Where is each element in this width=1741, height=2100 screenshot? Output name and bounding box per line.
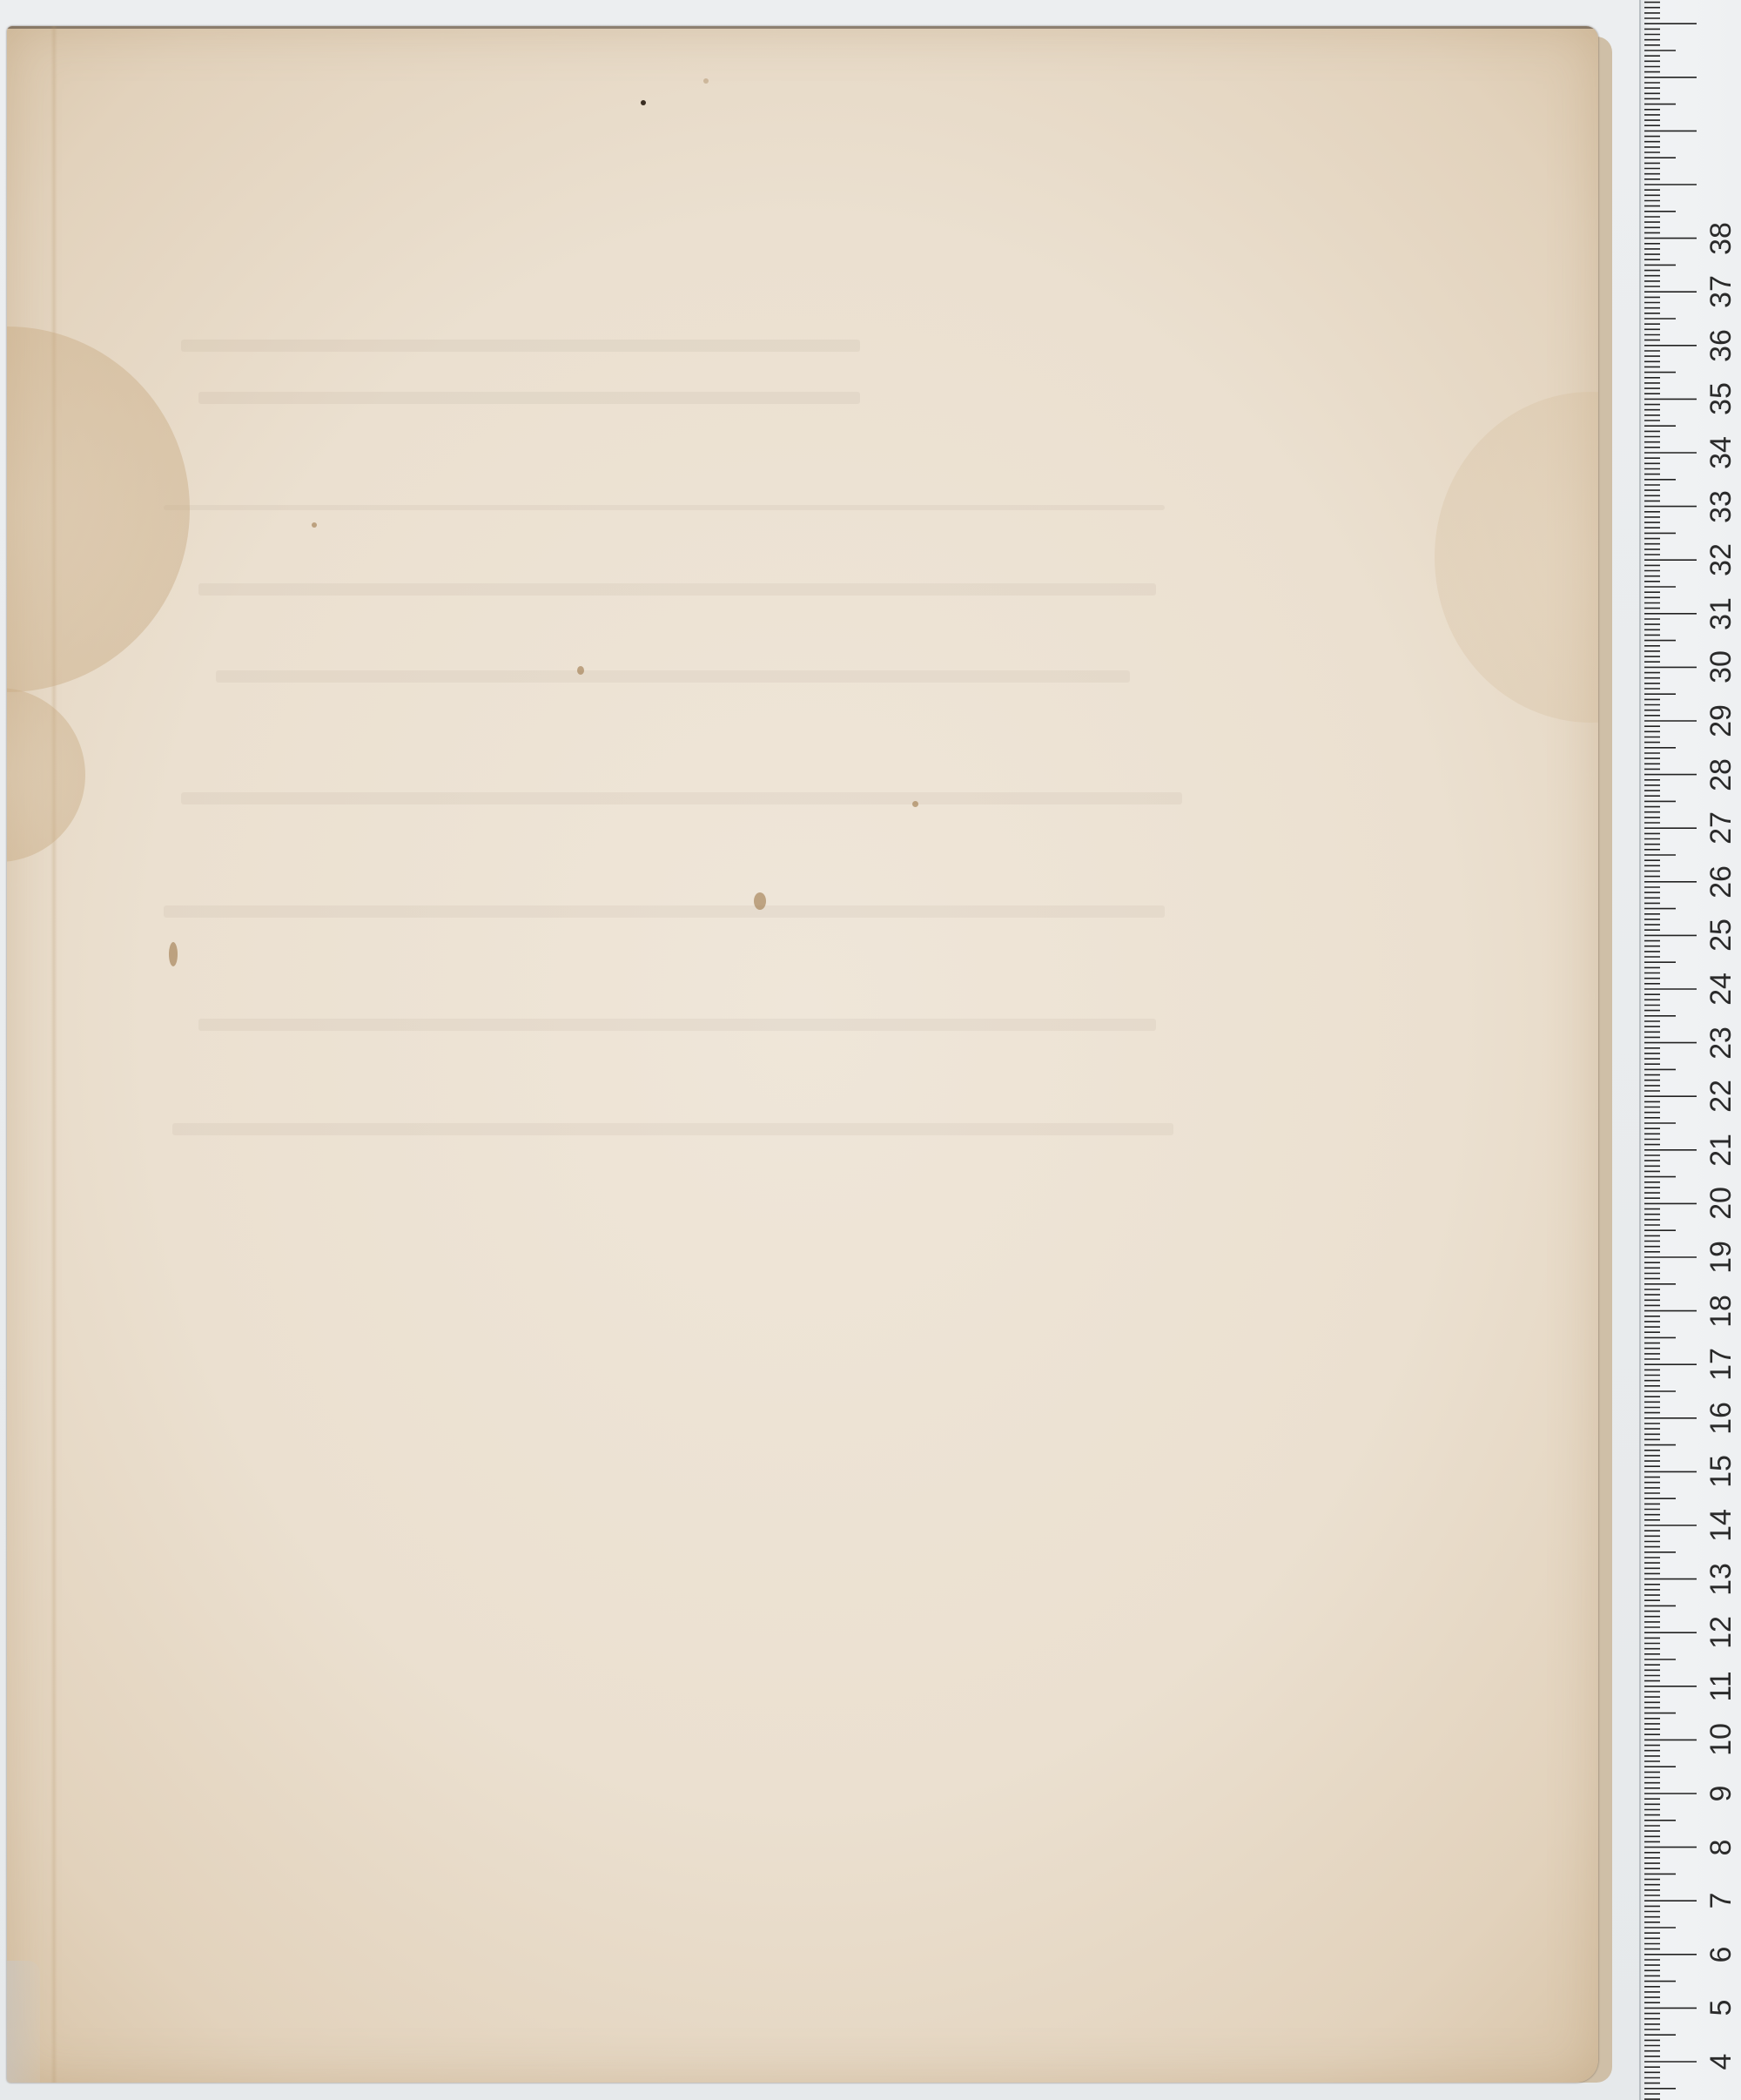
binding-remnant xyxy=(7,1961,40,2083)
ruler-ticks xyxy=(1644,0,1697,2100)
foxing-spot xyxy=(703,78,709,84)
ruler-label: 21 xyxy=(1704,1124,1738,1176)
ruler-label: 23 xyxy=(1704,1017,1738,1069)
ruler-label: 10 xyxy=(1704,1713,1738,1766)
ruler-label: 12 xyxy=(1704,1606,1738,1659)
water-stain-small xyxy=(7,688,85,862)
ruler-label: 8 xyxy=(1704,1821,1738,1874)
ruler-label: 11 xyxy=(1704,1660,1738,1713)
foxing-spot xyxy=(312,522,317,528)
measuring-ruler: 4567891011121314151617181920212223242526… xyxy=(1639,0,1741,2100)
ruler-label: 24 xyxy=(1704,963,1738,1015)
ruler-label: 36 xyxy=(1704,320,1738,372)
foxing-spot xyxy=(169,942,178,966)
ruler-label: 27 xyxy=(1704,802,1738,854)
ruler-label: 35 xyxy=(1704,373,1738,425)
water-stain-large xyxy=(7,326,190,692)
foxing-spot xyxy=(577,666,584,675)
ruler-label: 22 xyxy=(1704,1070,1738,1122)
ruler-label: 17 xyxy=(1704,1338,1738,1390)
ruler-label: 9 xyxy=(1704,1767,1738,1820)
ruler-label: 30 xyxy=(1704,641,1738,693)
ink-speck xyxy=(641,100,646,105)
show-through-print xyxy=(164,305,1295,1175)
ruler-label: 31 xyxy=(1704,588,1738,640)
ruler-label: 37 xyxy=(1704,266,1738,318)
ruler-label: 16 xyxy=(1704,1392,1738,1444)
ruler-label: 13 xyxy=(1704,1553,1738,1605)
ruler-label: 19 xyxy=(1704,1231,1738,1283)
ruler-label: 38 xyxy=(1704,212,1738,265)
ruler-label: 34 xyxy=(1704,427,1738,479)
ruler-label: 5 xyxy=(1704,1982,1738,2034)
ruler-label: 14 xyxy=(1704,1499,1738,1551)
ruler-label: 18 xyxy=(1704,1285,1738,1337)
water-stain-right xyxy=(1435,392,1598,723)
ruler-label: 15 xyxy=(1704,1445,1738,1498)
foxing-spot xyxy=(754,892,766,910)
document-page xyxy=(7,26,1598,2083)
ruler-label: 20 xyxy=(1704,1177,1738,1229)
ruler-label: 26 xyxy=(1704,856,1738,908)
ruler-label: 33 xyxy=(1704,481,1738,533)
ruler-label: 29 xyxy=(1704,695,1738,747)
ruler-label: 7 xyxy=(1704,1875,1738,1927)
foxing-spot xyxy=(912,801,918,807)
ruler-label: 25 xyxy=(1704,909,1738,961)
ruler-label: 4 xyxy=(1704,2036,1738,2088)
ruler-label: 32 xyxy=(1704,534,1738,586)
ruler-label: 28 xyxy=(1704,749,1738,801)
ruler-label: 6 xyxy=(1704,1928,1738,1981)
